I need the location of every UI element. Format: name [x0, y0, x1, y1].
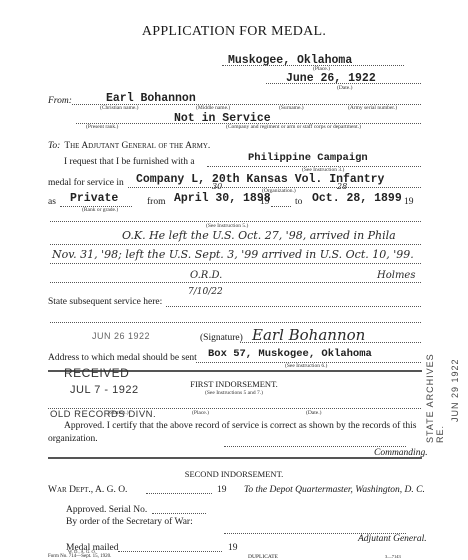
first-indorsement-heading: FIRST INDORSEMENT.: [0, 379, 468, 389]
caption-place: (Place.): [192, 410, 209, 416]
form-title: APPLICATION FOR MEDAL.: [0, 24, 468, 40]
note-line-1: O.K. He left the U.S. Oct. 27, '98, arri…: [122, 229, 396, 242]
caption-surname: (Surname.): [279, 105, 304, 111]
to-label: To:: [48, 141, 60, 151]
caption-christian-name: (Christian name.): [100, 105, 139, 111]
address-caption: (See Instruction 6.): [285, 363, 327, 369]
mailing-address: Box 57, Muskogee, Oklahoma: [208, 348, 372, 360]
initials-date: 7/10/22: [188, 287, 223, 297]
note-rule-2: [50, 263, 421, 264]
medal-mailed-line: [118, 551, 222, 552]
received-date-stamp: JUN 26 1922: [92, 331, 150, 341]
year-line-1: [271, 206, 291, 207]
end-date-correction: 28: [337, 182, 347, 191]
caption-station: (Station.): [108, 410, 129, 416]
as-label: as: [48, 197, 56, 207]
date-side-stamp: JUN 29 1922: [450, 352, 460, 422]
medal-type: Philippine Campaign: [248, 152, 368, 164]
from-date-label: from: [147, 197, 165, 207]
second-indorsement-heading: SECOND INDORSEMENT.: [0, 469, 468, 479]
nineteen-2: 19: [404, 197, 414, 207]
footer-duplicate: DUPLICATE: [248, 554, 278, 560]
certification-text: Approved. I certify that the above recor…: [48, 420, 423, 446]
caption-company-regiment: (Company and regiment or arm or staff co…: [226, 124, 361, 130]
war-dept-line: [146, 493, 212, 494]
instruction-line: [50, 221, 421, 222]
request-prefix: I request that I be furnished with a: [64, 157, 195, 167]
archives-side-stamp: STATE ARCHIVES RE.: [425, 348, 445, 443]
to-recipient: The Adjutant General of the Army.: [64, 141, 210, 151]
approved-serial-label: Approved. Serial No.: [66, 505, 147, 515]
received-stamp-label: RECEIVED: [64, 366, 129, 380]
subsequent-line-1: [166, 306, 421, 307]
caption-present-rank: (Present rank.): [86, 124, 118, 130]
war-dept-label: War Dept., A. G. O.: [48, 485, 127, 495]
war-dept-nineteen: 19: [217, 485, 227, 495]
medal-mailed-nineteen: 19: [228, 543, 238, 553]
signature-label: (Signature): [200, 333, 243, 343]
note-rule-1: [50, 244, 421, 245]
service-end-date: Oct. 28, 1899: [312, 192, 402, 205]
adjutant-general-label: Adjutant General.: [358, 534, 427, 544]
caption-serial-number: (Army serial number.): [348, 105, 397, 111]
rank-caption: (Rank or grade.): [82, 207, 118, 213]
caption-date: (Date.): [306, 410, 321, 416]
address-label: Address to which medal should be sent: [48, 353, 197, 363]
depot-quartermaster: To the Depot Quartermaster, Washington, …: [244, 485, 425, 495]
caption-middle-name: (Middle name.): [196, 105, 230, 111]
to-date-label: to: [295, 197, 302, 207]
by-order-label: By order of the Secretary of War:: [66, 517, 193, 527]
applicant-signature: Earl Bohannon: [252, 326, 365, 344]
from-label: From:: [48, 96, 72, 106]
note-rule-3: [50, 282, 421, 283]
first-indorsement-sub: (See Instructions 5 and 7.): [0, 390, 468, 396]
footer-form-number: Form No. 714—Sept. 15, 1920.: [48, 554, 111, 559]
commanding-label: Commanding.: [374, 448, 428, 458]
start-date-correction: 30: [212, 182, 222, 191]
old-records-stamp: OLD RECORDS DIVN.: [50, 409, 156, 420]
date-line: [266, 83, 421, 84]
clerk-signoff: Holmes: [377, 270, 415, 281]
commanding-signature-line: [224, 446, 406, 447]
service-start-date: April 30, 1898: [174, 192, 271, 205]
subsequent-service-label: State subsequent service here:: [48, 297, 162, 307]
to-line: To: The Adjutant General of the Army.: [48, 135, 210, 153]
initials: O.R.D.: [190, 270, 222, 281]
nineteen-1: 19: [260, 197, 270, 207]
footer-code: 3—7143: [385, 554, 401, 559]
date-caption: (Date.): [337, 85, 352, 91]
serial-line: [152, 513, 206, 514]
section-divider-2: [48, 457, 422, 459]
service-prefix: medal for service in: [48, 178, 124, 188]
rank-value: Private: [70, 192, 118, 205]
subsequent-line-2: [50, 322, 421, 323]
note-line-2: Nov. 31, '98; left the U.S. Sept. 3, '99…: [52, 248, 414, 261]
